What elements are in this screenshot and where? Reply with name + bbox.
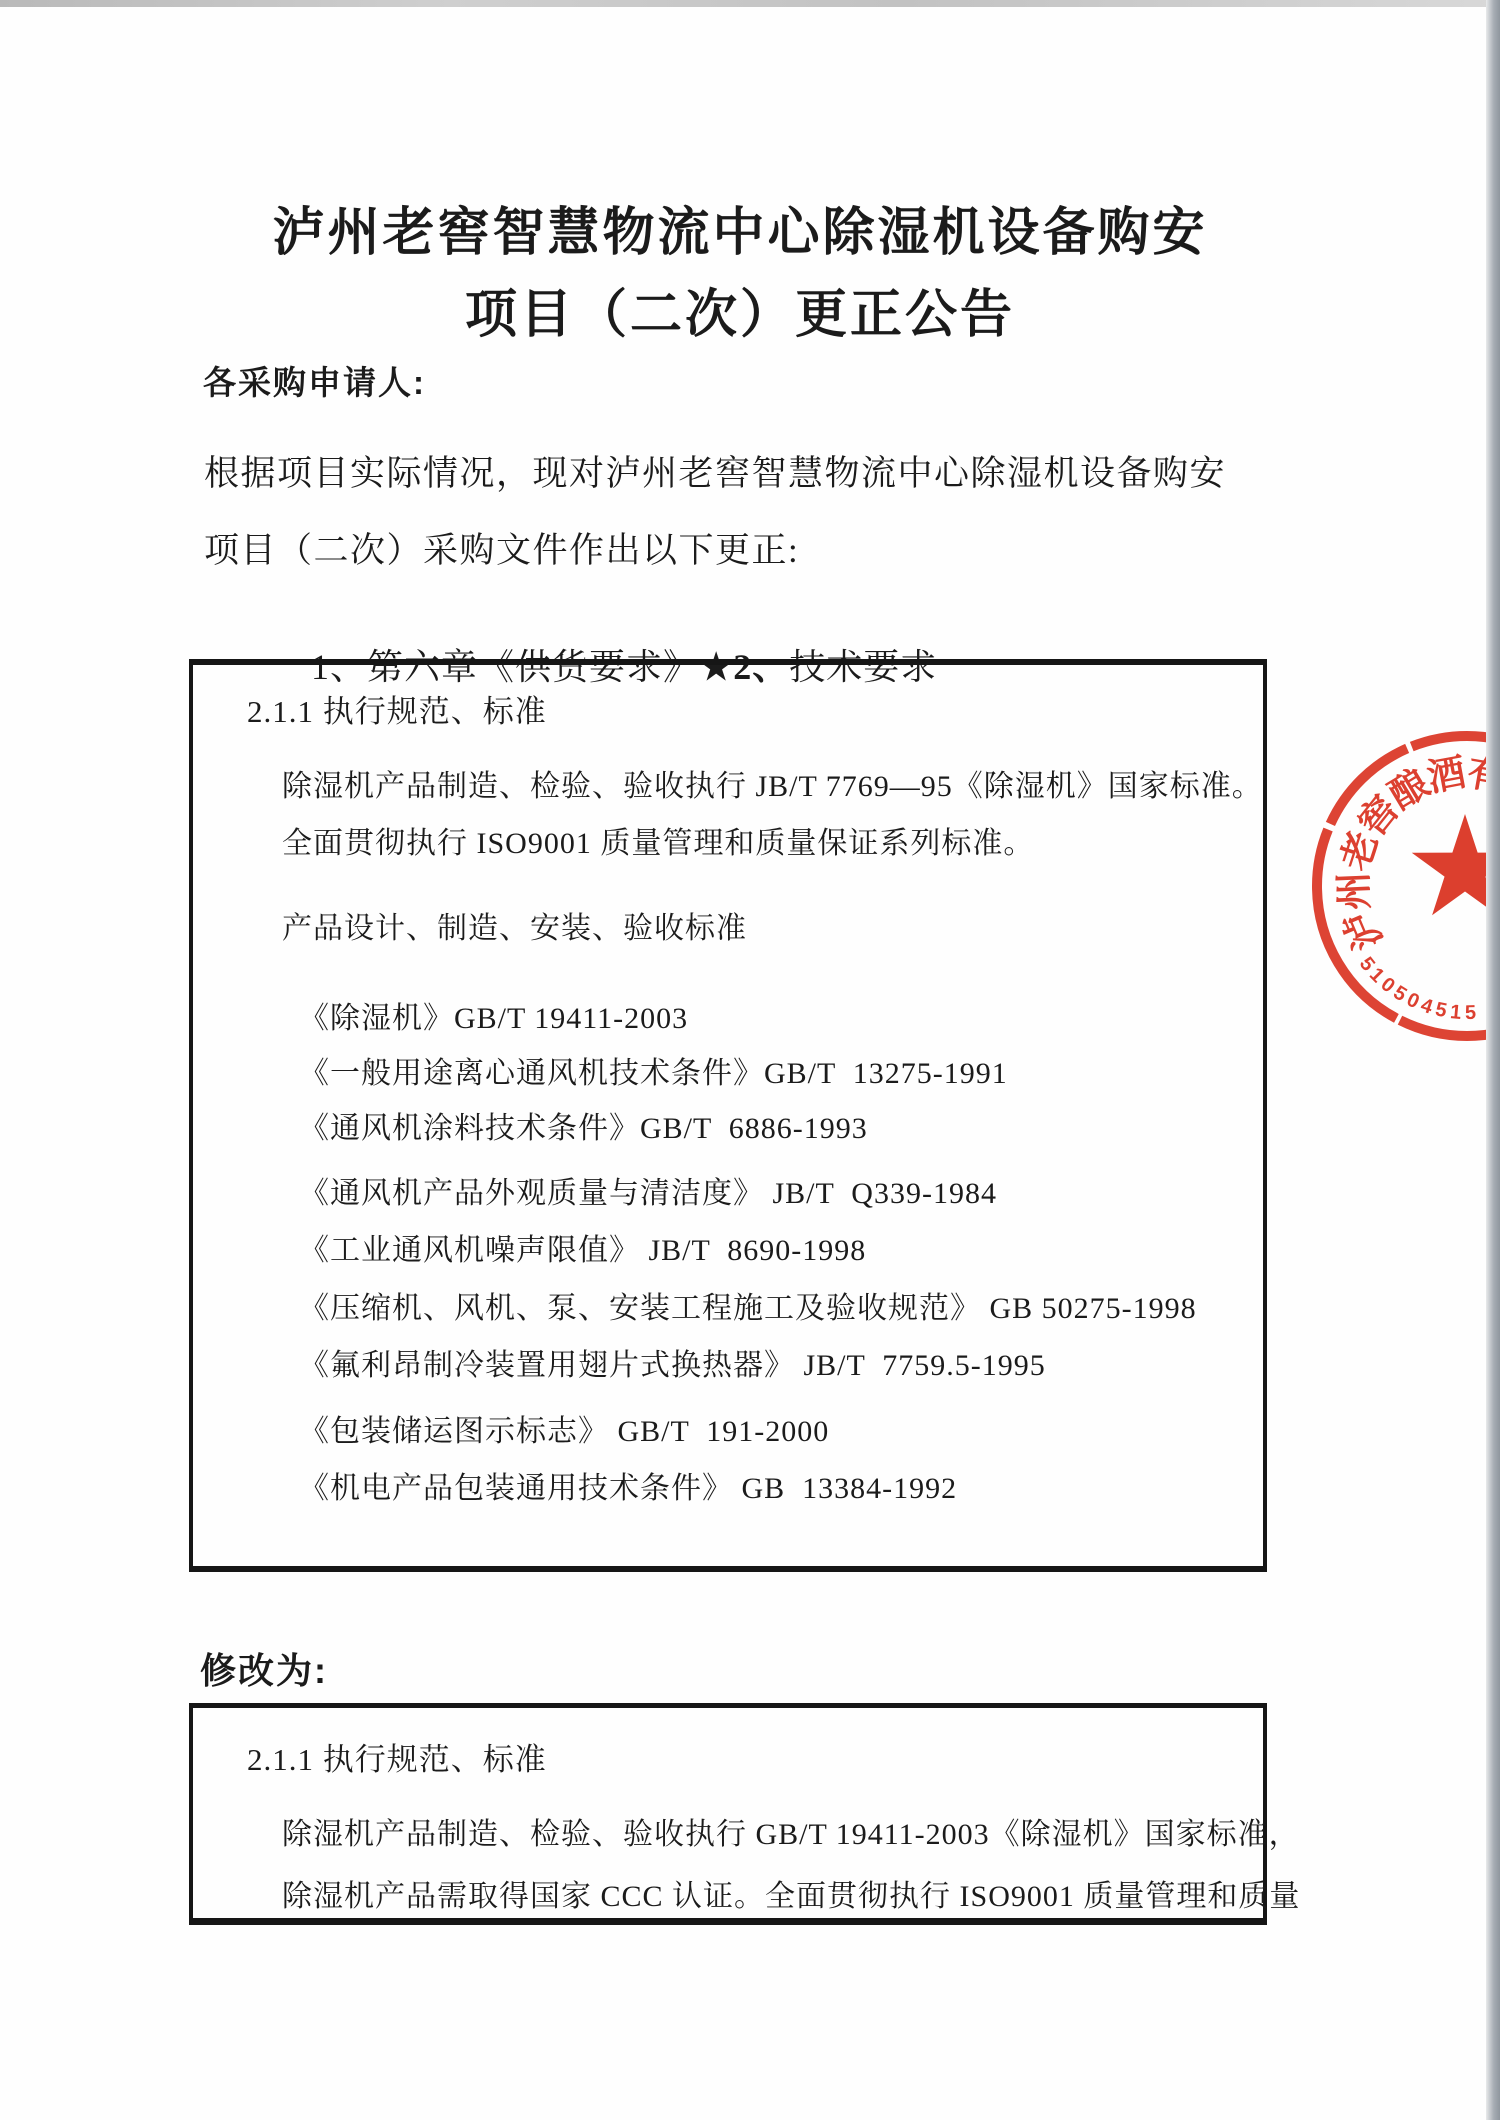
scan-edge-right — [1486, 0, 1500, 2120]
revised-clause-para2: 除湿机产品需取得国家 CCC 认证。全面贯彻执行 ISO9001 质量管理和质量 — [282, 1871, 1300, 1915]
standard-line: 《通风机产品外观质量与清洁度》 JB/T Q339-1984 — [299, 1168, 997, 1212]
body-paragraph-line2: 项目（二次）采购文件作出以下更正: — [204, 523, 799, 573]
original-clause-para3: 产品设计、制造、安装、验收标准 — [282, 903, 747, 947]
company-seal-stamp: 泸州老窖酿酒有510504515 — [1280, 690, 1500, 1070]
standard-line: 《通风机涂料技术条件》GB/T 6886-1993 — [299, 1103, 868, 1147]
page-title-line1: 泸州老窖智慧物流中心除湿机设备购安 — [0, 190, 1480, 265]
original-clause-heading: 2.1.1 执行规范、标准 — [247, 686, 547, 731]
standard-line: 《工业通风机噪声限值》 JB/T 8690-1998 — [299, 1225, 866, 1269]
seal-ring-char: 泸 — [1337, 904, 1391, 955]
page-title-line2: 项目（二次）更正公告 — [0, 272, 1480, 347]
original-clause-para2: 全面贯彻执行 ISO9001 质量管理和质量保证系列标准。 — [282, 818, 1034, 862]
seal-code-digit: 5 — [1465, 1002, 1477, 1024]
standard-line: 《包装储运图示标志》 GB/T 191-2000 — [299, 1406, 829, 1450]
seal-ring-char: 州 — [1333, 871, 1377, 911]
revised-clause-para1: 除湿机产品制造、检验、验收执行 GB/T 19411-2003《除湿机》国家标准… — [282, 1809, 1300, 1853]
revised-clause-heading: 2.1.1 执行规范、标准 — [247, 1734, 547, 1779]
scan-edge-top — [0, 0, 1500, 7]
seal-ring-char: 酒 — [1424, 752, 1469, 800]
body-paragraph-line1: 根据项目实际情况，现对泸州老窖智慧物流中心除湿机设备购安 — [204, 446, 1226, 496]
standard-line: 《机电产品包装通用技术条件》 GB 13384-1992 — [299, 1463, 957, 1507]
scanned-document-page: 泸州老窖智慧物流中心除湿机设备购安 项目（二次）更正公告 各采购申请人: 根据项… — [0, 0, 1500, 2120]
standard-line: 《氟利昂制冷装置用翅片式换热器》 JB/T 7759.5-1995 — [299, 1340, 1046, 1384]
standard-line: 《压缩机、风机、泵、安装工程施工及验收规范》 GB 50275-1998 — [299, 1283, 1197, 1327]
seal-code-digit: 1 — [1449, 1001, 1462, 1024]
seal-code-digit: 5 — [1433, 998, 1448, 1022]
original-clause-para1: 除湿机产品制造、检验、验收执行 JB/T 7769—95《除湿机》国家标准。 — [282, 761, 1263, 805]
standard-line: 《一般用途离心通风机技术条件》GB/T 13275-1991 — [299, 1048, 1008, 1092]
modify-label: 修改为: — [200, 1643, 328, 1694]
salutation: 各采购申请人: — [203, 357, 426, 404]
standard-line: 《除湿机》GB/T 19411-2003 — [299, 993, 688, 1037]
